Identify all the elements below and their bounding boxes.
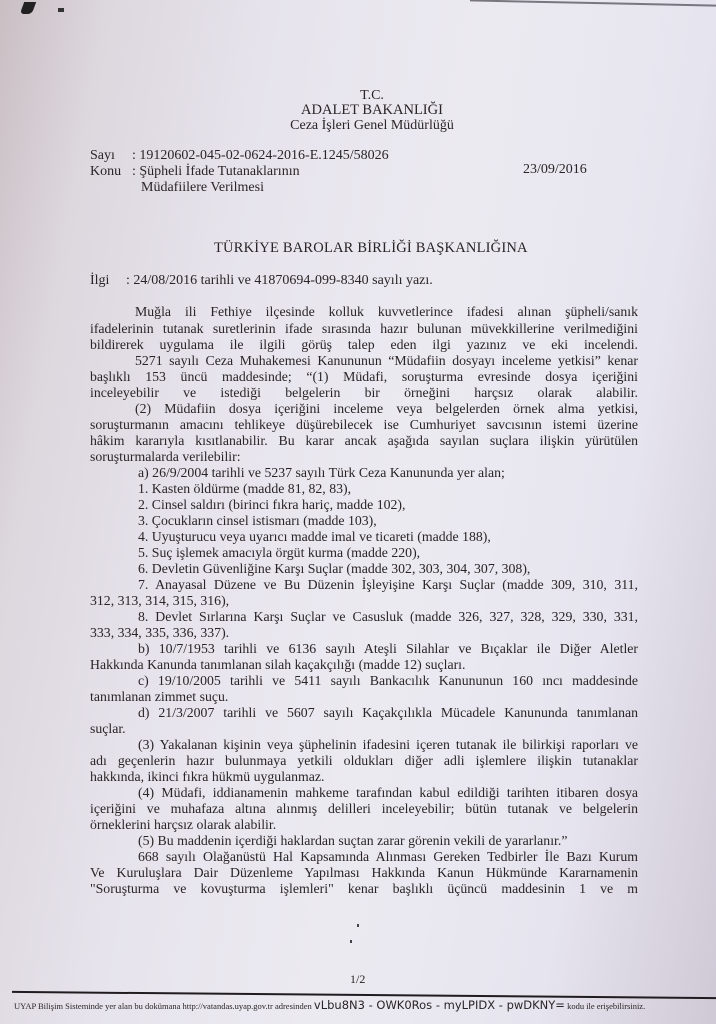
body-line: a) 26/9/2004 tarihli ve 5237 sayılı Türk… — [90, 465, 638, 481]
body-line: 1. Kasten öldürme (madde 81, 82, 83), — [90, 481, 638, 497]
ilgi-value: : 24/08/2016 tarihli ve 41870694-099-834… — [126, 273, 433, 288]
header-ministry: ADALET BAKANLIĞI — [14, 102, 716, 119]
body-line: 5271 sayılı Ceza Muhakemesi Kanununun “M… — [90, 353, 638, 369]
body-line: b) 10/7/1953 tarihli ve 6136 sayılı Ateş… — [90, 641, 638, 657]
sayi-row: Sayı: 19120602-045-02-0624-2016-E.1245/5… — [90, 148, 389, 164]
speck — [357, 924, 359, 927]
body-line: (2) Müdafiin dosya içeriğini inceleme ve… — [90, 401, 638, 417]
uyap-footer: UYAP Bilişim Sisteminde yer alan bu dokü… — [14, 998, 645, 1012]
body-line: Ve Kuruluşlara Dair Düzenleme Yapılması … — [90, 865, 638, 881]
konu-value-cont: Müdafiilere Verilmesi — [141, 180, 264, 196]
body-line: ifadelerinin tutanak suretlerinin ifade … — [90, 321, 638, 337]
body-line: 7. Anayasal Düzene ve Bu Düzenin İşleyiş… — [90, 577, 638, 593]
body-line: c) 19/10/2005 tarihli ve 5411 sayılı Ban… — [90, 673, 638, 689]
body-line: bildirerek uygulama ile ilgili görüş tal… — [90, 337, 638, 353]
body-line: hakkında, ikinci fıkra hükmü uygulanmaz. — [90, 769, 638, 785]
ilgi-row: İlgi: 24/08/2016 tarihli ve 41870694-099… — [90, 273, 433, 289]
konu-value: : Şüpheli İfade Tutanaklarının — [132, 164, 300, 179]
sayi-label: Sayı — [90, 148, 132, 164]
addressee: TÜRKİYE BAROLAR BİRLİĞİ BAŞKANLIĞINA — [214, 240, 528, 257]
body-line: 668 sayılı Olağanüstü Hal Kapsamında Alı… — [90, 849, 638, 865]
body-line: inceleyebilir ve istediği belgelerin bir… — [90, 385, 638, 401]
body-line: suçlar. — [90, 721, 638, 737]
body-line: d) 21/3/2007 tarihli ve 5607 sayılı Kaça… — [90, 705, 638, 721]
body-line: tanımlanan zimmet suçu. — [90, 689, 638, 705]
body-line: "Soruşturma ve kovuşturma işlemleri" ken… — [90, 881, 638, 897]
body-line: Hakkında Kanunda tanımlanan silah kaçakç… — [90, 657, 638, 673]
body-line: hâkim kararıyla kısıtlanabilir. Bu karar… — [90, 433, 638, 449]
ink-mark — [58, 8, 64, 12]
document-date: 23/09/2016 — [523, 162, 587, 178]
page-number: 1/2 — [350, 972, 365, 987]
body-line: (5) Bu maddenin içerdiği haklardan suçta… — [90, 833, 638, 849]
body-line: (3) Yakalanan kişinin veya şüphelinin if… — [90, 737, 638, 753]
body-line: 5. Suç işlemek amacıyla örgüt kurma (mad… — [90, 545, 638, 561]
ink-mark — [20, 2, 36, 14]
verification-code[interactable]: vLbu8N3 - OWK0Ros - myLPIDX - pwDKNY= — [314, 998, 565, 1012]
konu-label: Konu — [90, 164, 132, 180]
page-edge-line — [470, 0, 716, 7]
konu-row: Konu: Şüpheli İfade Tutanaklarının — [90, 164, 300, 180]
footer-suffix: kodu ile erişebilirsiniz. — [567, 1001, 645, 1011]
body-line: 3. Çocukların cinsel istismarı (madde 10… — [90, 513, 638, 529]
body-line: soruşturmalarda verilebilir: — [90, 449, 638, 465]
body-line: 6. Devletin Güvenliğine Karşı Suçlar (ma… — [90, 561, 638, 577]
body-line: Muğla ili Fethiye ilçesinde kolluk kuvve… — [90, 304, 638, 320]
document-page: T.C. ADALET BAKANLIĞI Ceza İşleri Genel … — [0, 0, 716, 1024]
body-line: 8. Devlet Sırlarına Karşı Suçlar ve Casu… — [90, 609, 638, 625]
body-line: 312, 313, 314, 315, 316), — [90, 593, 638, 609]
body-line: örneklerini harçsız olarak alabilir. — [90, 817, 638, 833]
sayi-value: : 19120602-045-02-0624-2016-E.1245/58026 — [132, 148, 389, 163]
header-department: Ceza İşleri Genel Müdürlüğü — [14, 118, 716, 134]
ilgi-label: İlgi — [90, 273, 126, 289]
body-line: başlıklı 153 üncü maddesinde; “(1) Müdaf… — [90, 369, 638, 385]
body-line: 2. Cinsel saldırı (birinci fıkra hariç, … — [90, 497, 638, 513]
body-line: (4) Müdafi, iddianamenin mahkeme tarafın… — [90, 785, 638, 801]
body-line: adı geçenlerin hazır bulunmaya yetkili o… — [90, 753, 638, 769]
body-line: 4. Uyuşturucu veya uyarıcı madde imal ve… — [90, 529, 638, 545]
footer-prefix: UYAP Bilişim Sisteminde yer alan bu dokü… — [14, 1001, 312, 1011]
body-line: soruşturmanın amacını tehlikeye düşürebi… — [90, 417, 638, 433]
speck — [350, 940, 352, 943]
body-line: içeriğini ve muhafaza altına alınmış del… — [90, 801, 638, 817]
body-line: 333, 334, 335, 336, 337). — [90, 625, 638, 641]
